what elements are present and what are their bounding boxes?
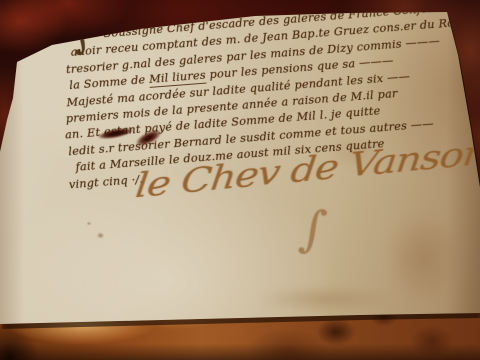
opening-flourish: ∫ xyxy=(67,21,93,43)
paper-sheet: ∫ Soussigné Chef d'escadre des galeres d… xyxy=(0,0,480,360)
manuscript-photograph: ∫ Soussigné Chef d'escadre des galeres d… xyxy=(0,0,480,360)
manuscript-text: ∫ Soussigné Chef d'escadre des galeres d… xyxy=(55,0,472,239)
paper-stain xyxy=(240,282,410,316)
signature-paraph: ∫ xyxy=(297,199,330,260)
